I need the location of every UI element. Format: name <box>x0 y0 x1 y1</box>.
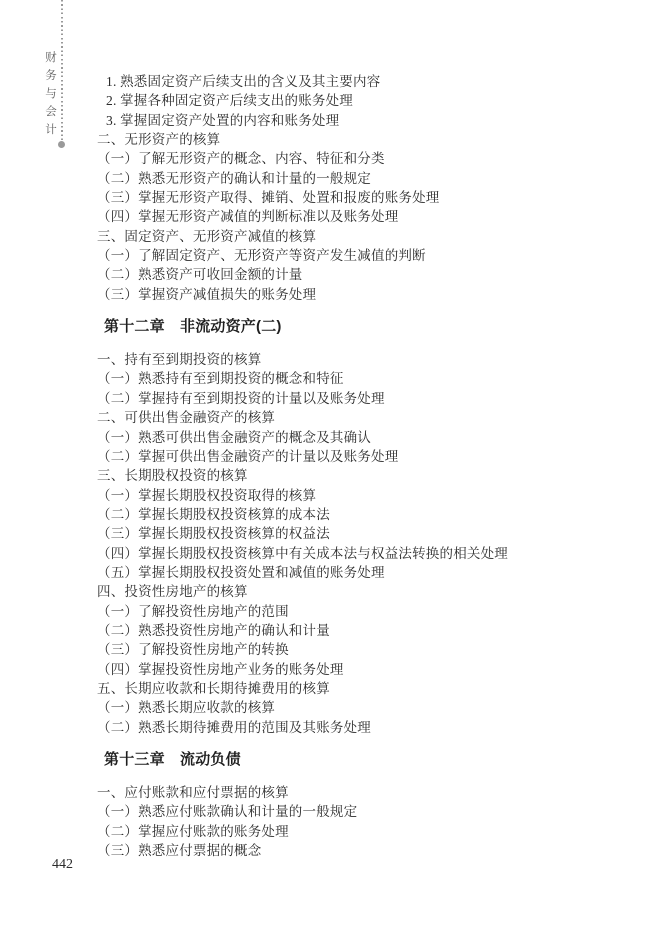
sidebar-dot-icon <box>58 141 65 148</box>
outline-line: （一）了解无形资产的概念、内容、特征和分类 <box>97 149 577 168</box>
outline-line: 四、投资性房地产的核算 <box>97 582 577 601</box>
outline-line: （二）熟悉无形资产的确认和计量的一般规定 <box>97 169 577 188</box>
book-page: 财务与会计 1. 熟悉固定资产后续支出的含义及其主要内容2. 掌握各种固定资产后… <box>0 0 655 935</box>
sidebar-section-label: 财务与会计 <box>42 51 58 141</box>
outline-line: 一、持有至到期投资的核算 <box>97 350 577 369</box>
outline-line: （二）掌握应付账款的账务处理 <box>97 822 577 841</box>
outline-line: 1. 熟悉固定资产后续支出的含义及其主要内容 <box>97 72 577 91</box>
outline-line: （三）了解投资性房地产的转换 <box>97 640 577 659</box>
chapter-heading: 第十三章 流动负债 <box>97 750 577 770</box>
outline-line: （三）掌握无形资产取得、摊销、处置和报废的账务处理 <box>97 188 577 207</box>
page-number: 442 <box>52 857 73 873</box>
outline-line: 三、固定资产、无形资产减值的核算 <box>97 227 577 246</box>
outline-line: （二）掌握持有至到期投资的计量以及账务处理 <box>97 389 577 408</box>
outline-line: （二）熟悉投资性房地产的确认和计量 <box>97 621 577 640</box>
outline-line: （一）熟悉可供出售金融资产的概念及其确认 <box>97 428 577 447</box>
outline-line: （一）了解投资性房地产的范围 <box>97 602 577 621</box>
outline-line: （一）熟悉持有至到期投资的概念和特征 <box>97 369 577 388</box>
outline-line: （一）熟悉应付账款确认和计量的一般规定 <box>97 802 577 821</box>
outline-line: （三）掌握长期股权投资核算的权益法 <box>97 524 577 543</box>
outline-line: 五、长期应收款和长期待摊费用的核算 <box>97 679 577 698</box>
outline-line: （五）掌握长期股权投资处置和减值的账务处理 <box>97 563 577 582</box>
outline-line: （三）掌握资产减值损失的账务处理 <box>97 285 577 304</box>
outline-line: （四）掌握投资性房地产业务的账务处理 <box>97 660 577 679</box>
outline-line: （一）熟悉长期应收款的核算 <box>97 698 577 717</box>
outline-line: 二、可供出售金融资产的核算 <box>97 408 577 427</box>
outline-line: （二）掌握可供出售金融资产的计量以及账务处理 <box>97 447 577 466</box>
outline-line: （一）掌握长期股权投资取得的核算 <box>97 486 577 505</box>
outline-line: （三）熟悉应付票据的概念 <box>97 841 577 860</box>
outline-line: （四）掌握长期股权投资核算中有关成本法与权益法转换的相关处理 <box>97 544 577 563</box>
outline-line: （二）熟悉资产可收回金额的计量 <box>97 265 577 284</box>
outline-line: 二、无形资产的核算 <box>97 130 577 149</box>
outline-line: 三、长期股权投资的核算 <box>97 466 577 485</box>
syllabus-outline: 1. 熟悉固定资产后续支出的含义及其主要内容2. 掌握各种固定资产后续支出的账务… <box>97 72 577 860</box>
sidebar-dotted-rail <box>61 0 63 141</box>
outline-line: 一、应付账款和应付票据的核算 <box>97 783 577 802</box>
chapter-heading: 第十二章 非流动资产(二) <box>97 317 577 337</box>
outline-line: （四）掌握无形资产减值的判断标准以及账务处理 <box>97 207 577 226</box>
outline-line: （二）熟悉长期待摊费用的范围及其账务处理 <box>97 718 577 737</box>
outline-line: 3. 掌握固定资产处置的内容和账务处理 <box>97 111 577 130</box>
outline-line: （二）掌握长期股权投资核算的成本法 <box>97 505 577 524</box>
outline-line: 2. 掌握各种固定资产后续支出的账务处理 <box>97 91 577 110</box>
outline-line: （一）了解固定资产、无形资产等资产发生减值的判断 <box>97 246 577 265</box>
